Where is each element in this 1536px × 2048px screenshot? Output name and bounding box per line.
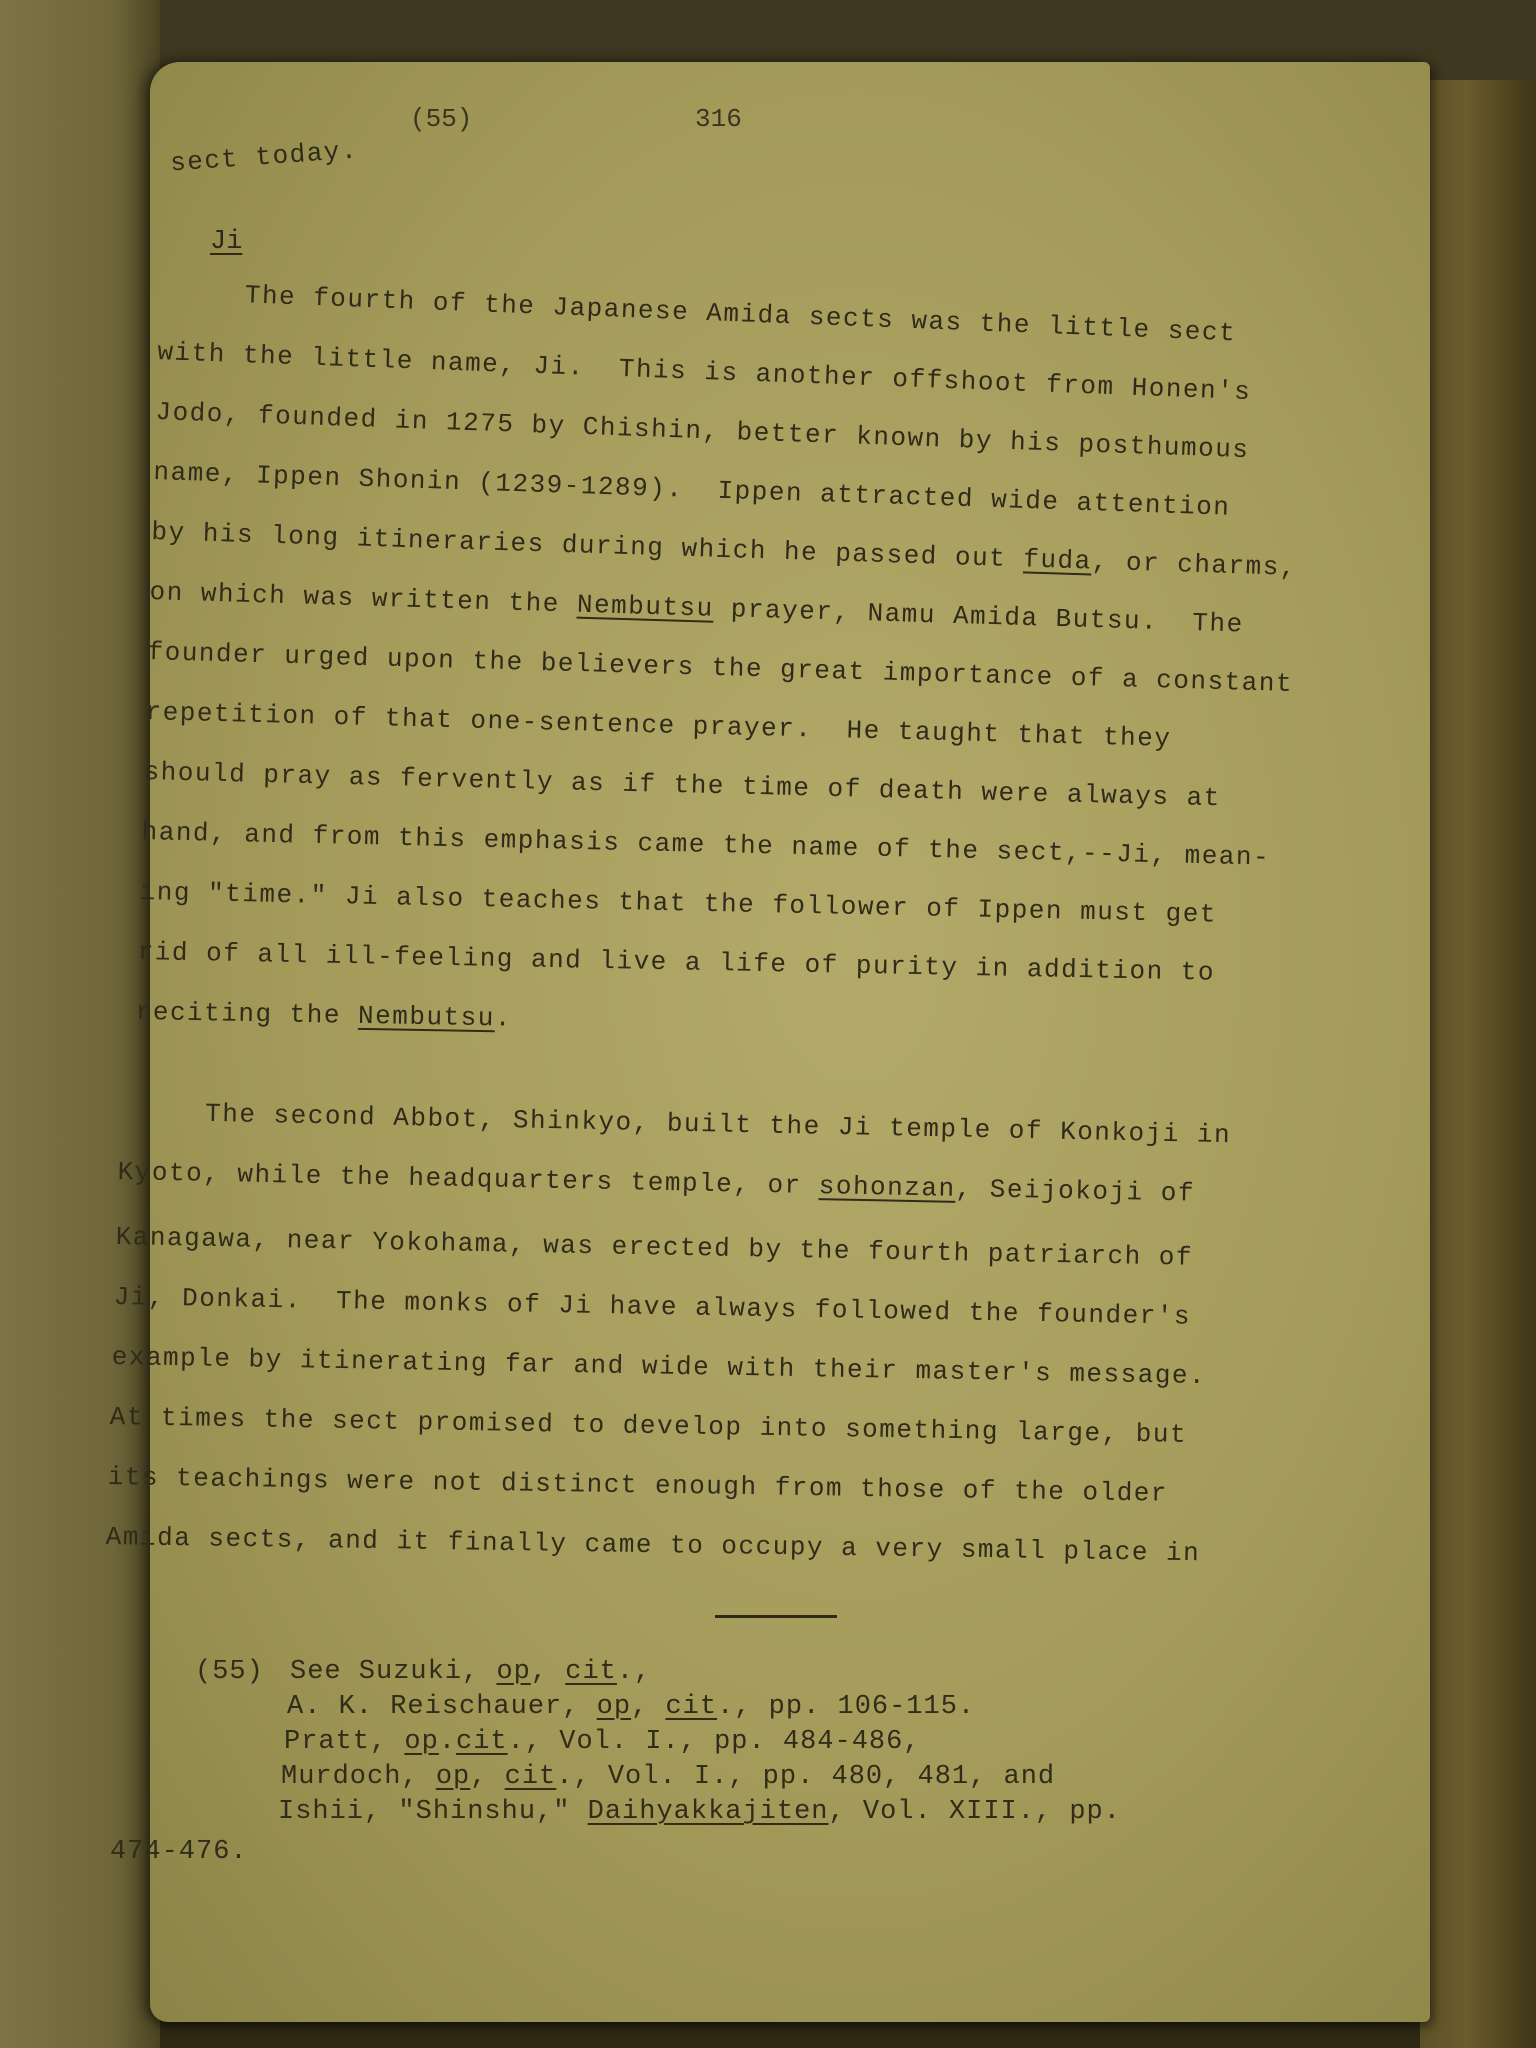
- section-heading: Ji: [210, 227, 242, 257]
- typewritten-page: (55) 316 sect today. Ji The fourth of th…: [150, 62, 1430, 2022]
- body-line: Amida sects, and it finally came to occu…: [106, 1522, 1201, 1568]
- underlined-term: Daihyakkajiten: [588, 1797, 829, 1827]
- body-line: Kanagawa, near Yokohama, was erected by …: [115, 1222, 1193, 1273]
- footnote-line: Pratt, op.cit., Vol. I., pp. 484-486,: [284, 1727, 921, 1757]
- body-line: should pray as fervently as if the time …: [143, 757, 1221, 813]
- footnote-separator: [715, 1615, 837, 1618]
- body-line: hand, and from this emphasis came the na…: [141, 817, 1270, 873]
- footnote-line: Murdoch, op, cit., Vol. I., pp. 480, 481…: [281, 1762, 1055, 1792]
- body-line: name, Ippen Shonin (1239-1289). Ippen at…: [153, 457, 1231, 523]
- body-line: At times the sect promised to develop in…: [110, 1402, 1188, 1450]
- body-line: The second Abbot, Shinkyo, built the Ji …: [119, 1097, 1231, 1150]
- underlined-term: sohonzan: [818, 1171, 955, 1204]
- page-number: 316: [695, 104, 742, 134]
- underlined-term: cit: [505, 1762, 557, 1792]
- underlined-term: cit: [665, 1692, 717, 1722]
- footnote-continuation: 474-476.: [110, 1837, 248, 1867]
- book-page-edges: [1420, 80, 1536, 2048]
- footnote-line: A. K. Reischauer, op, cit., pp. 106-115.: [287, 1692, 975, 1722]
- body-line: Ji, Donkai. The monks of Ji have always …: [113, 1282, 1191, 1332]
- footnote-marker: (55): [195, 1657, 264, 1687]
- body-line: rid of all ill-feeling and live a life o…: [137, 937, 1215, 988]
- body-line: on which was written the Nembutsu prayer…: [149, 577, 1244, 639]
- body-line: Kyoto, while the headquarters temple, or…: [117, 1157, 1195, 1209]
- underlined-term: Nembutsu: [576, 590, 714, 624]
- body-line: reciting the Nembutsu.: [135, 997, 512, 1034]
- header-footnote-marker: (55): [410, 104, 472, 134]
- body-line: Jodo, founded in 1275 by Chishin, better…: [155, 397, 1250, 465]
- body-line: example by itinerating far and wide with…: [111, 1342, 1206, 1391]
- body-line: its teachings were not distinct enough f…: [108, 1462, 1169, 1509]
- underlined-term: fuda: [1023, 544, 1092, 576]
- footnote-line: See Suzuki, op, cit.,: [290, 1657, 651, 1687]
- underlined-term: op: [597, 1692, 631, 1722]
- underlined-term: op: [496, 1657, 530, 1687]
- body-line: repetition of that one-sentence prayer. …: [145, 697, 1172, 754]
- underlined-term: op: [404, 1727, 438, 1757]
- footnote-line: Ishii, "Shinshu," Daihyakkajiten, Vol. X…: [278, 1797, 1121, 1827]
- underlined-term: cit: [565, 1657, 617, 1687]
- body-line: by his long itineraries during which he …: [151, 517, 1297, 583]
- underlined-term: cit: [456, 1727, 508, 1757]
- carryover-line: sect today.: [169, 135, 359, 178]
- underlined-term: op: [436, 1762, 470, 1792]
- body-line: founder urged upon the believers the gre…: [147, 637, 1293, 699]
- body-line: with the little name, Ji. This is anothe…: [157, 337, 1252, 407]
- underlined-term: Nembutsu: [358, 1001, 495, 1033]
- body-line: ing "time." Ji also teaches that the fol…: [139, 877, 1217, 930]
- body-line: The fourth of the Japanese Amida sects w…: [159, 277, 1237, 348]
